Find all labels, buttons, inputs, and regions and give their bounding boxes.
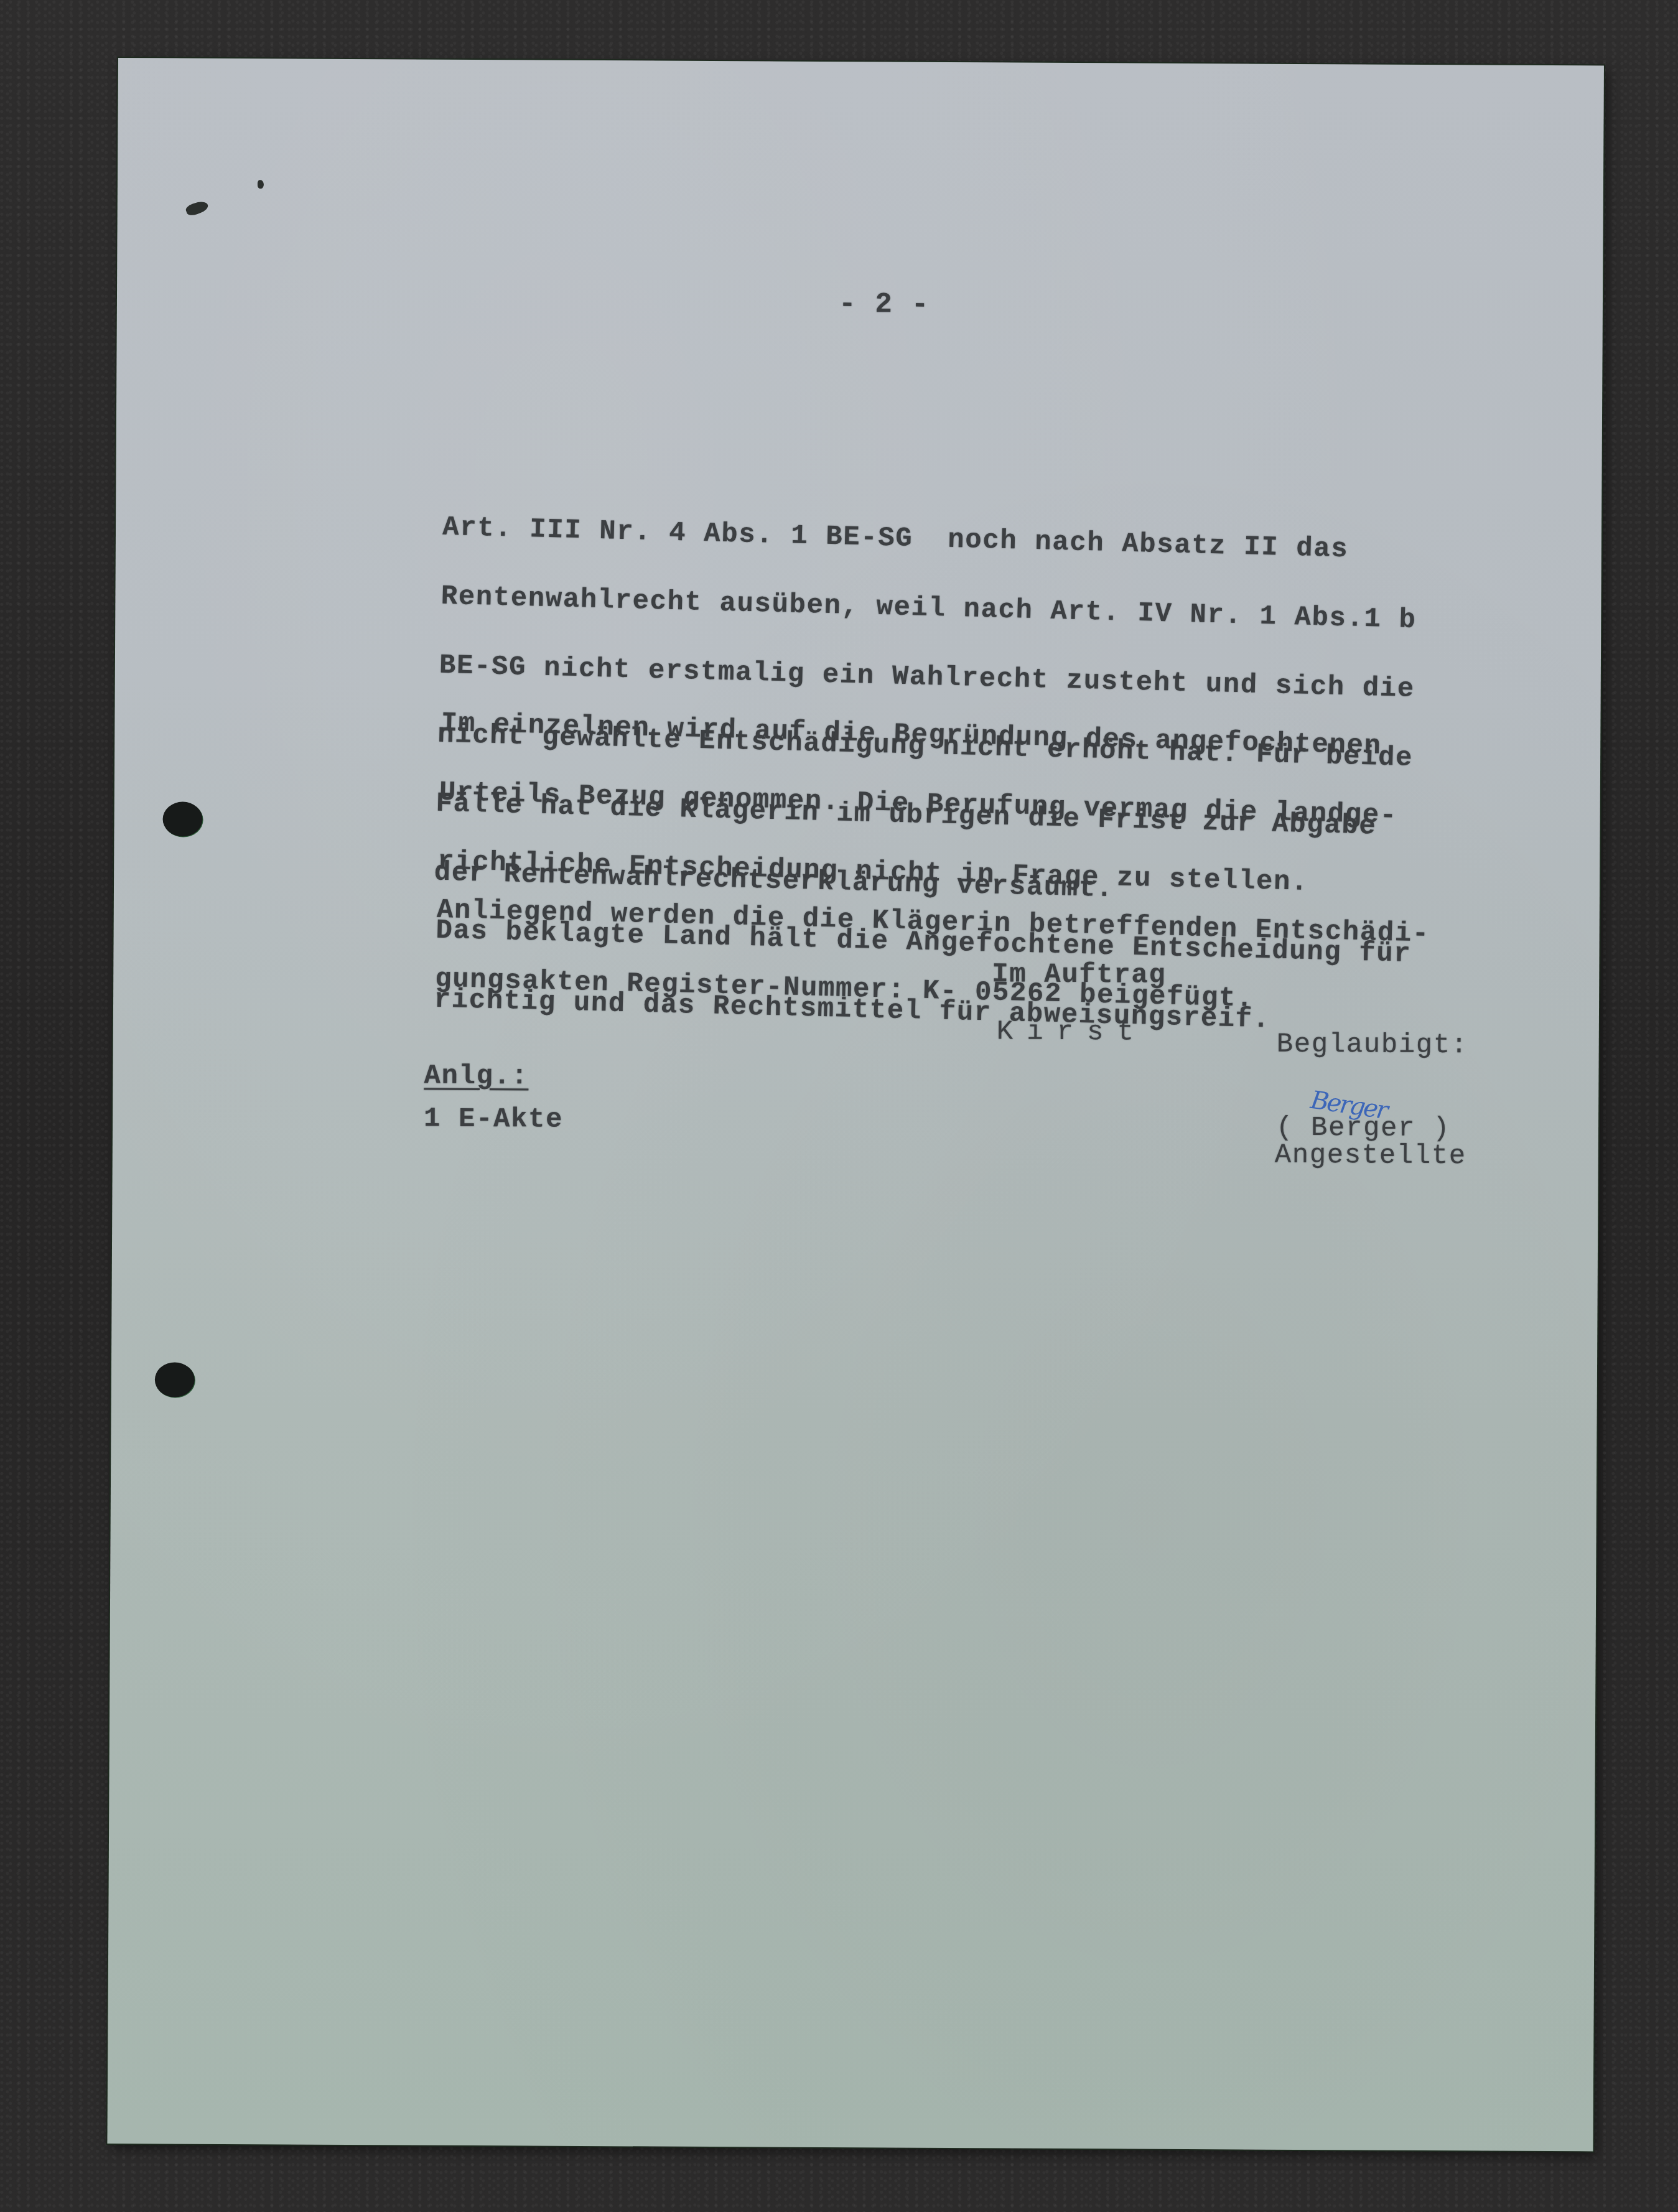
paper-defect <box>185 199 210 217</box>
paper-defect <box>258 180 264 189</box>
document-page: - 2 - Art. III Nr. 4 Abs. 1 BE-SG noch n… <box>107 58 1604 2151</box>
text-line: Rentenwahlrecht ausüben, weil nach Art. … <box>440 586 1417 632</box>
text-line: Im einzelnen wird auf die Begründung des… <box>440 712 1417 759</box>
certifier-title: Angestellte <box>1275 1144 1466 1169</box>
text-line: Art. III Nr. 4 Abs. 1 BE-SG noch nach Ab… <box>442 516 1419 563</box>
certified-label: Beglaubigt: <box>1277 1034 1468 1058</box>
im-auftrag-label: Im Auftrag <box>992 963 1166 987</box>
text-line: Urteils Bezug genommen. Die Berufung ver… <box>439 782 1415 828</box>
certifier-name: ( Berger ) <box>1276 1117 1450 1141</box>
text-line: Anliegend werden die die Klägerin betref… <box>436 899 1430 946</box>
text-line: gungsakten Register-Nummer: K- 05262 bei… <box>435 968 1429 1015</box>
signer-name: Kirst <box>997 1020 1147 1044</box>
attachment-item: 1 E-Akte <box>424 1108 563 1132</box>
punch-hole-top <box>162 801 202 836</box>
page-number: - 2 - <box>839 293 930 317</box>
punch-hole-bottom <box>155 1362 195 1397</box>
attachments-label: Anlg.: <box>424 1065 528 1089</box>
